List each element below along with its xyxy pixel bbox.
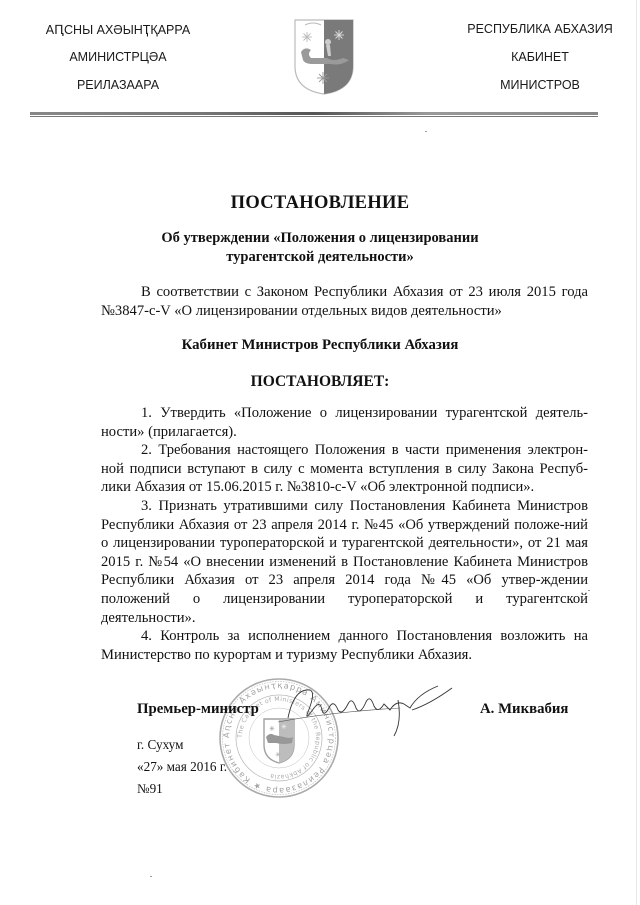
document-title: ПОСТАНОВЛЕНИЕ	[0, 193, 640, 214]
issue-date: «27» мая 2016 г.	[137, 759, 227, 775]
subtitle-line2: турагентской деятельности»	[0, 248, 640, 267]
issue-place: г. Сухум	[137, 737, 183, 753]
coat-of-arms-icon	[293, 18, 355, 96]
document-number: №91	[137, 781, 163, 797]
subtitle-line1: Об утверждении «Положения о лицензирован…	[0, 229, 640, 248]
signatory-role: Премьер-министр	[137, 701, 259, 718]
decree-item-2: 2. Требования настоящего Положения в час…	[101, 441, 588, 497]
letterhead-left-line1: АԤСНЫ АХӘЫНҬҚАРРА	[28, 22, 208, 37]
letterhead-right-line2: КАБИНЕТ	[440, 50, 640, 64]
handwritten-signature-icon	[270, 682, 470, 742]
scan-speck	[425, 131, 427, 132]
scan-speck	[150, 876, 152, 877]
decree-item-4: 4. Контроль за исполнением данного Поста…	[101, 627, 588, 664]
decree-heading: ПОСТАНОВЛЯЕТ:	[0, 373, 640, 391]
svg-text:✳: ✳	[275, 751, 281, 759]
page-edge-shadow	[636, 0, 637, 905]
preamble-text: В соответствии с Законом Республики Абха…	[101, 283, 588, 320]
decree-items: 1. Утвердить «Положение о лицензировании…	[101, 404, 588, 664]
decree-item-3: 3. Признать утратившими силу Постановлен…	[101, 497, 588, 627]
signatory-name: А. Миквабия	[480, 701, 568, 718]
letterhead-divider-thin	[30, 116, 598, 117]
decree-item-1: 1. Утвердить «Положение о лицензировании…	[101, 404, 588, 441]
document-subtitle: Об утверждении «Положения о лицензирован…	[0, 229, 640, 267]
letterhead-left-line2: АМИНИСТРЦӘА	[28, 50, 208, 64]
document-page: АԤСНЫ АХӘЫНҬҚАРРА АМИНИСТРЦӘА РЕИЛАЗААРА…	[0, 0, 640, 905]
letterhead-left-line3: РЕИЛАЗААРА	[28, 78, 208, 92]
scan-speck	[588, 590, 590, 591]
letterhead-divider	[30, 112, 598, 115]
letterhead-right-line1: РЕСПУБЛИКА АБХАЗИЯ	[440, 22, 640, 36]
issuer-heading: Кабинет Министров Республики Абхазия	[0, 337, 640, 354]
letterhead-right-line3: МИНИСТРОВ	[440, 78, 640, 92]
preamble: В соответствии с Законом Республики Абха…	[101, 283, 588, 320]
